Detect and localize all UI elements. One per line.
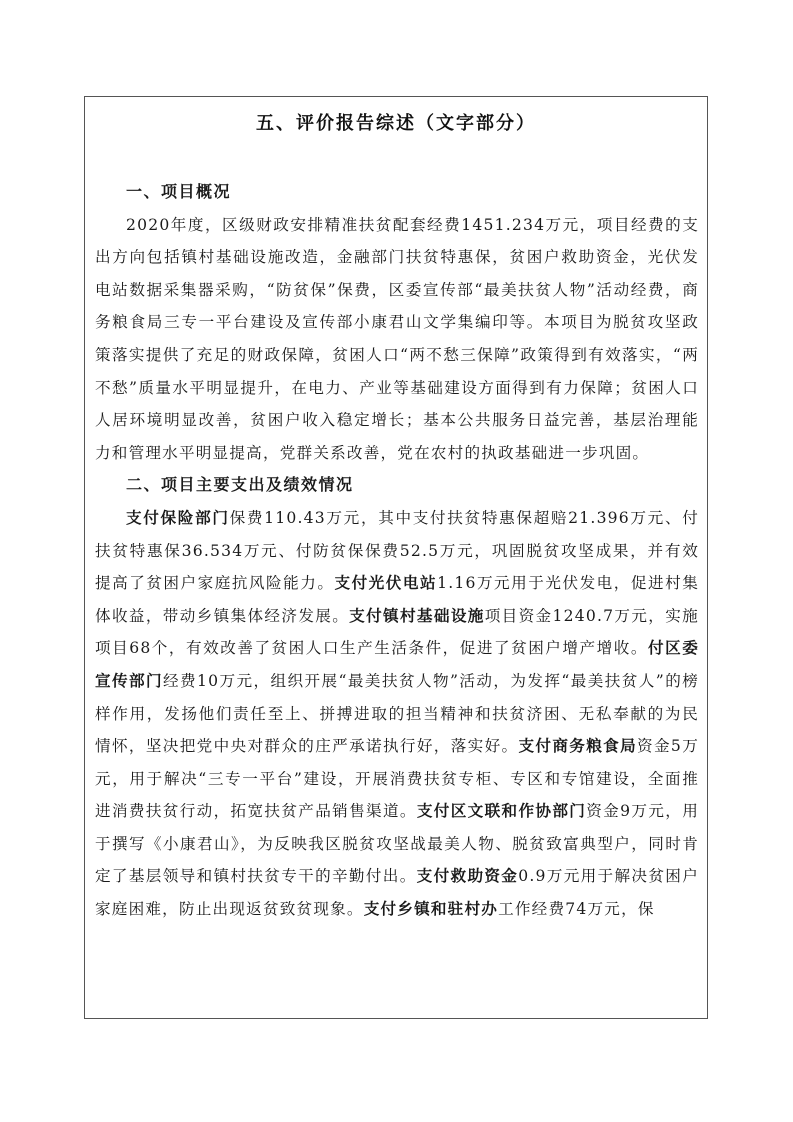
- item-text-township: 工作经费74万元，保: [498, 900, 655, 918]
- overview-paragraph: 2020年度，区级财政安排精准扶贫配套经费1451.234万元，项目经费的支出方…: [95, 209, 699, 470]
- item-label-commerce: 支付商务粮食局: [518, 737, 637, 755]
- report-frame: 五、评价报告综述（文字部分） 一、项目概况 2020年度，区级财政安排精准扶贫配…: [84, 96, 708, 1019]
- section-heading-expenditure: 二、项目主要支出及绩效情况: [95, 469, 699, 502]
- item-label-pv-station: 支付光伏电站: [334, 574, 437, 592]
- page-title: 五、评价报告综述（文字部分）: [85, 109, 707, 135]
- item-label-literary: 支付区文联和作协部门: [417, 802, 586, 820]
- item-label-relief: 支付救助资金: [417, 867, 519, 885]
- item-label-township: 支付乡镇和驻村办: [364, 900, 498, 918]
- expenditure-paragraph: 支付保险部门保费110.43万元，其中支付扶贫特惠保超赔21.396万元、付扶贫…: [95, 502, 699, 926]
- section-heading-overview: 一、项目概况: [95, 176, 699, 209]
- item-label-insurance: 支付保险部门: [126, 509, 230, 527]
- report-body: 一、项目概况 2020年度，区级财政安排精准扶贫配套经费1451.234万元，项…: [95, 176, 699, 926]
- item-label-infrastructure: 支付镇村基础设施: [349, 607, 485, 625]
